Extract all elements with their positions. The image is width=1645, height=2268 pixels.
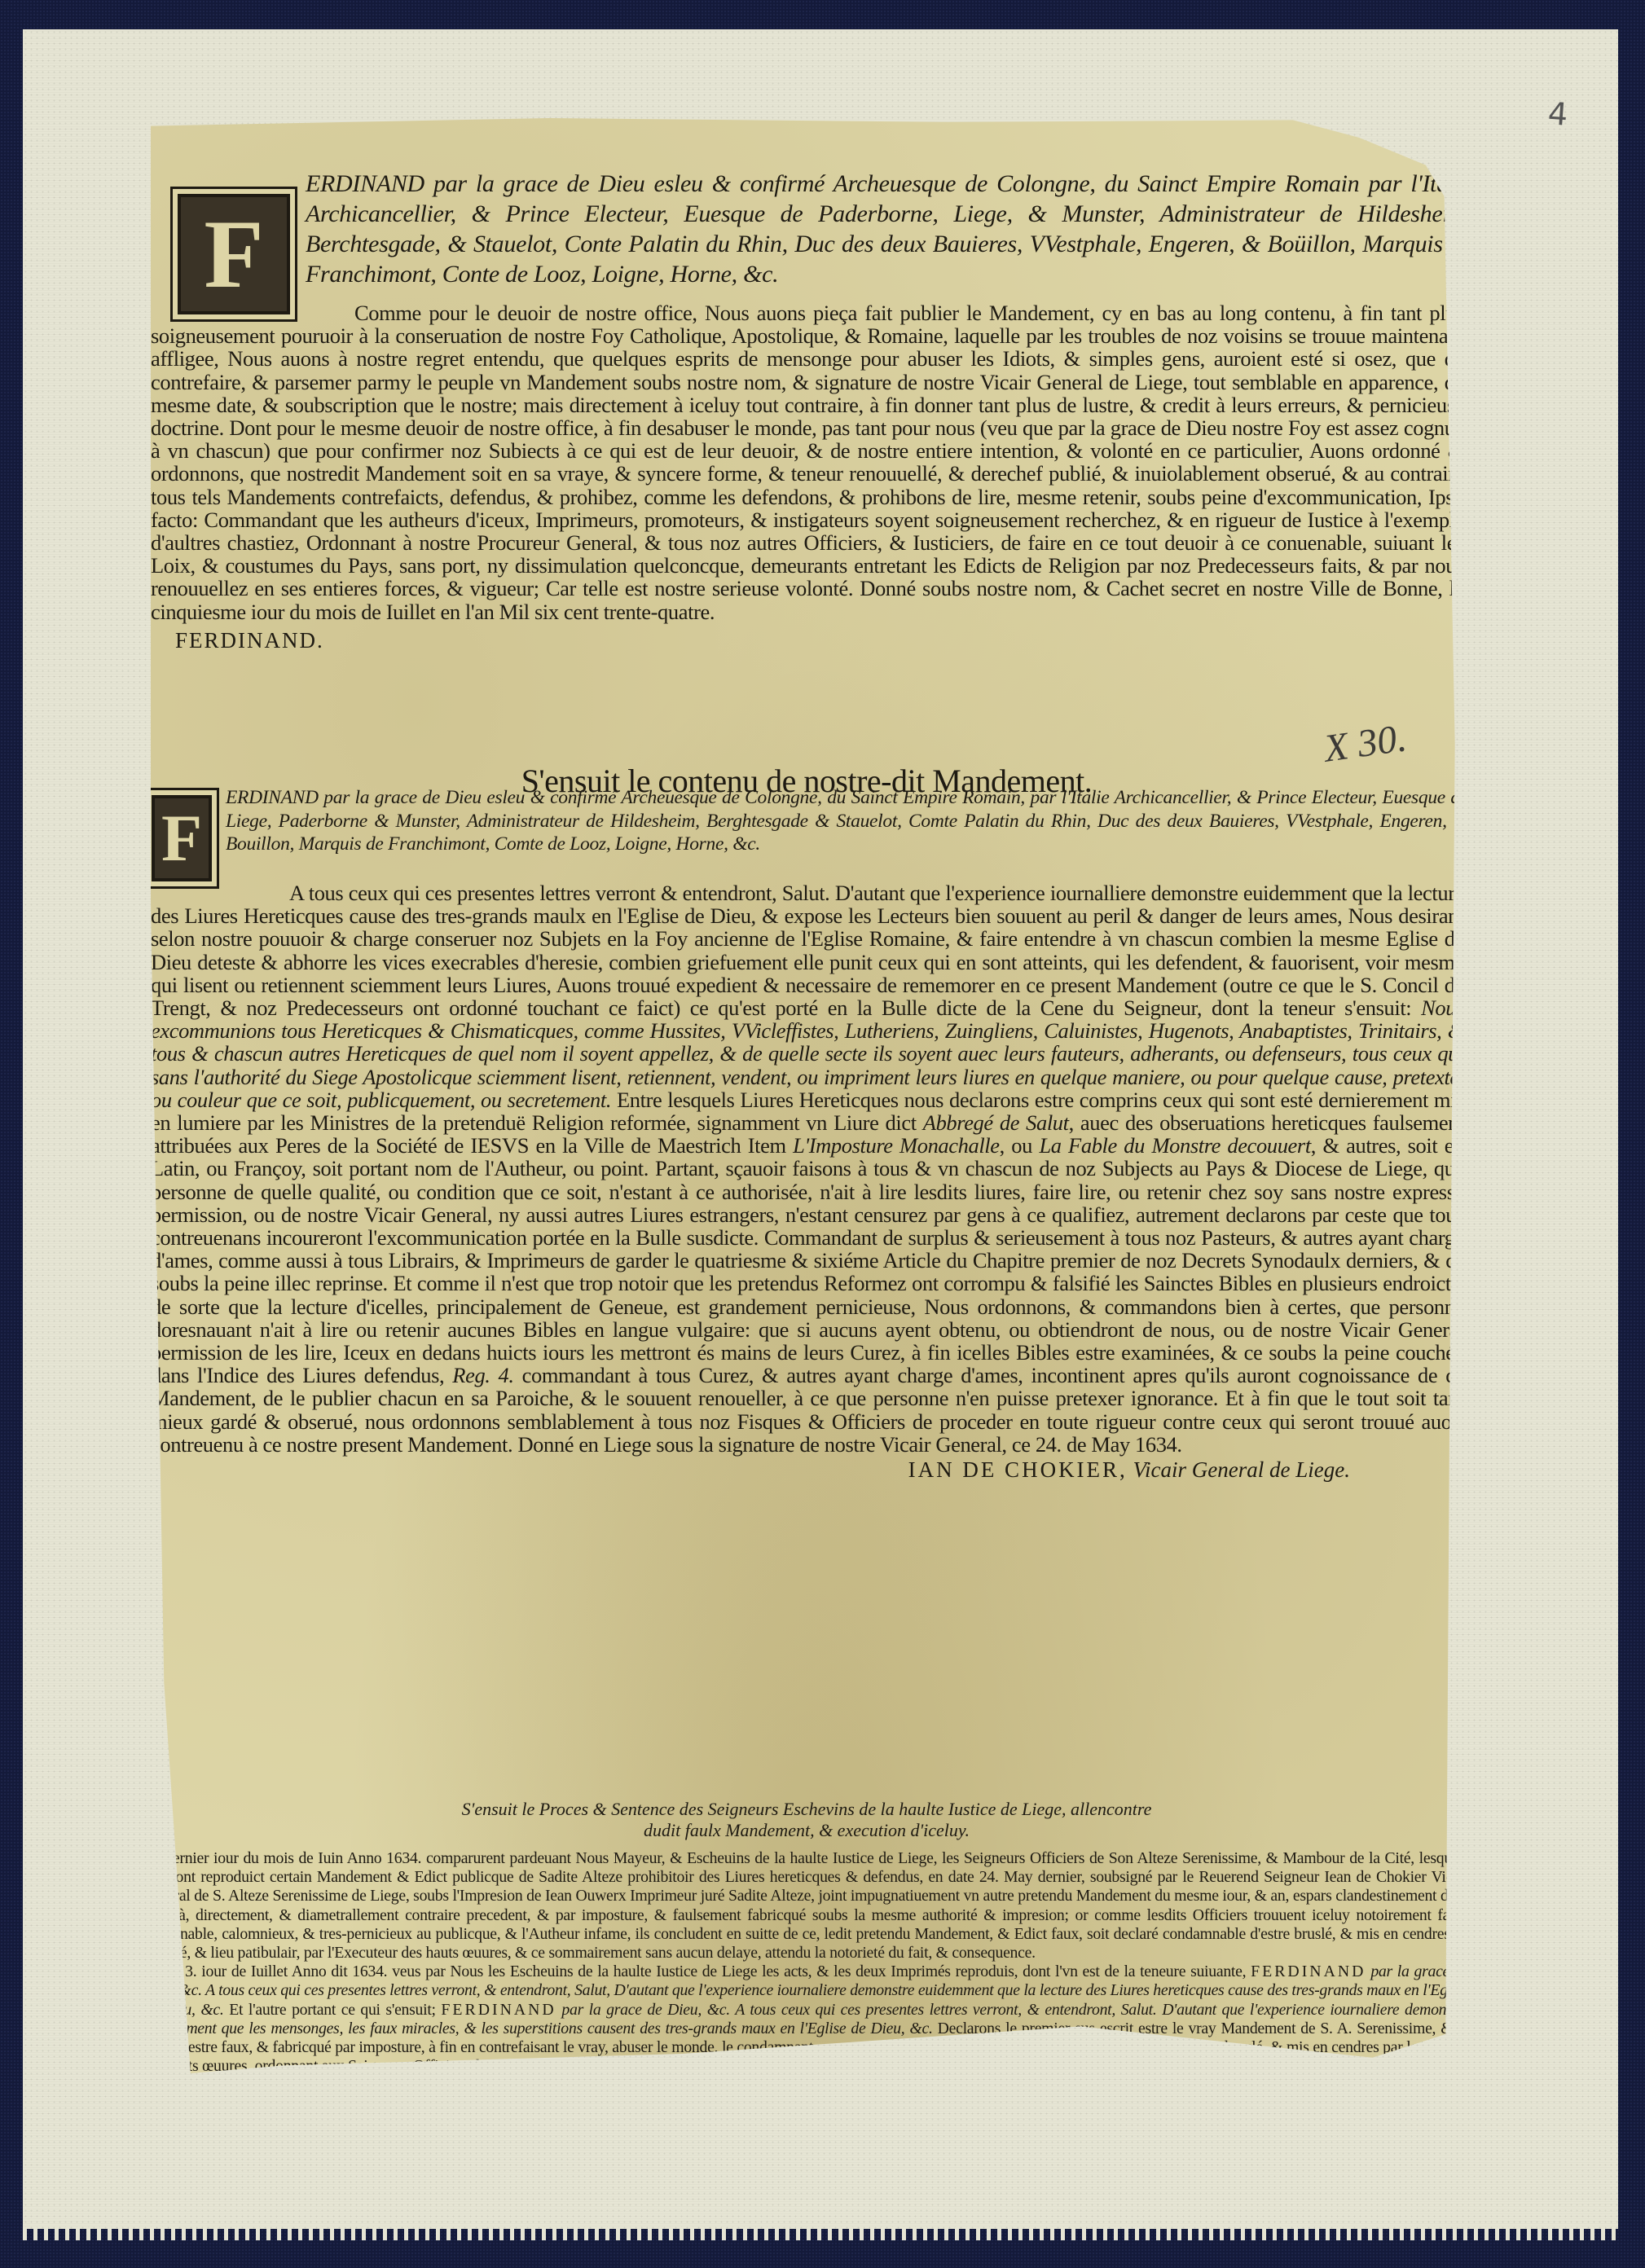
- sentence-para-1: LE dernier iour du mois de Iuin Anno 163…: [141, 1849, 1469, 1963]
- text-run: A tous ceux qui ces presentes lettres ve…: [151, 881, 1464, 1020]
- text-run: , ou: [1000, 1133, 1040, 1158]
- sentence-heading: S'ensuit le Proces & Sentence des Seigne…: [151, 1799, 1462, 1841]
- torn-edge: [23, 2227, 1618, 2240]
- signature-chokier: IAN DE CHOKIER, Vicair General de Liege.: [151, 1457, 1350, 1483]
- signer-name: IAN DE CHOKIER,: [908, 1457, 1128, 1482]
- text-run: Et l'autre portant ce qui s'ensuit;: [224, 2001, 442, 2019]
- title-line: ERDINAND par la grace de Dieu esleu & co…: [144, 786, 1468, 856]
- text-run: , & autres, soit en Latin, ou Françoy, s…: [151, 1133, 1464, 1387]
- title-line: ERDINAND par la grace de Dieu esleu & co…: [161, 169, 1472, 289]
- text-run: Le 3. iour de Iuillet Anno dit 1634. veu…: [164, 1963, 1251, 1980]
- text-run: FERDINAND: [1251, 1963, 1366, 1980]
- mandement-body: A tous ceux qui ces presentes lettres ve…: [151, 881, 1464, 1483]
- index-reference: Reg. 4.: [452, 1363, 513, 1387]
- preamble-section: Comme pour le deuoir de nostre office, N…: [151, 301, 1464, 653]
- decorated-initial-icon: F: [144, 788, 219, 889]
- mandement-titles: F ERDINAND par la grace de Dieu esleu & …: [144, 786, 1468, 889]
- text-run: FERDINAND: [441, 2001, 556, 2019]
- book-title: Abbregé de Salut: [923, 1110, 1069, 1135]
- folio-number: 4: [1546, 95, 1568, 133]
- header-ferdinand-titles: F ERDINAND par la grace de Dieu esleu & …: [161, 169, 1472, 322]
- signer-title: Vicair General de Liege.: [1128, 1457, 1350, 1482]
- book-title: L'Imposture Monachalle: [793, 1133, 1000, 1158]
- preamble-body: Comme pour le deuoir de nostre office, N…: [151, 301, 1464, 623]
- mandement-text: A tous ceux qui ces presentes lettres ve…: [151, 881, 1464, 1456]
- broadside-sheet: F ERDINAND par la grace de Dieu esleu & …: [151, 118, 1479, 2073]
- book-title: La Fable du Monstre decouuert: [1039, 1133, 1310, 1158]
- signature-ferdinand: FERDINAND.: [175, 628, 1464, 653]
- heading-line: S'ensuit le Proces & Sentence des Seigne…: [151, 1799, 1462, 1820]
- heading-line: dudit faulx Mandement, & execution d'ice…: [151, 1820, 1462, 1841]
